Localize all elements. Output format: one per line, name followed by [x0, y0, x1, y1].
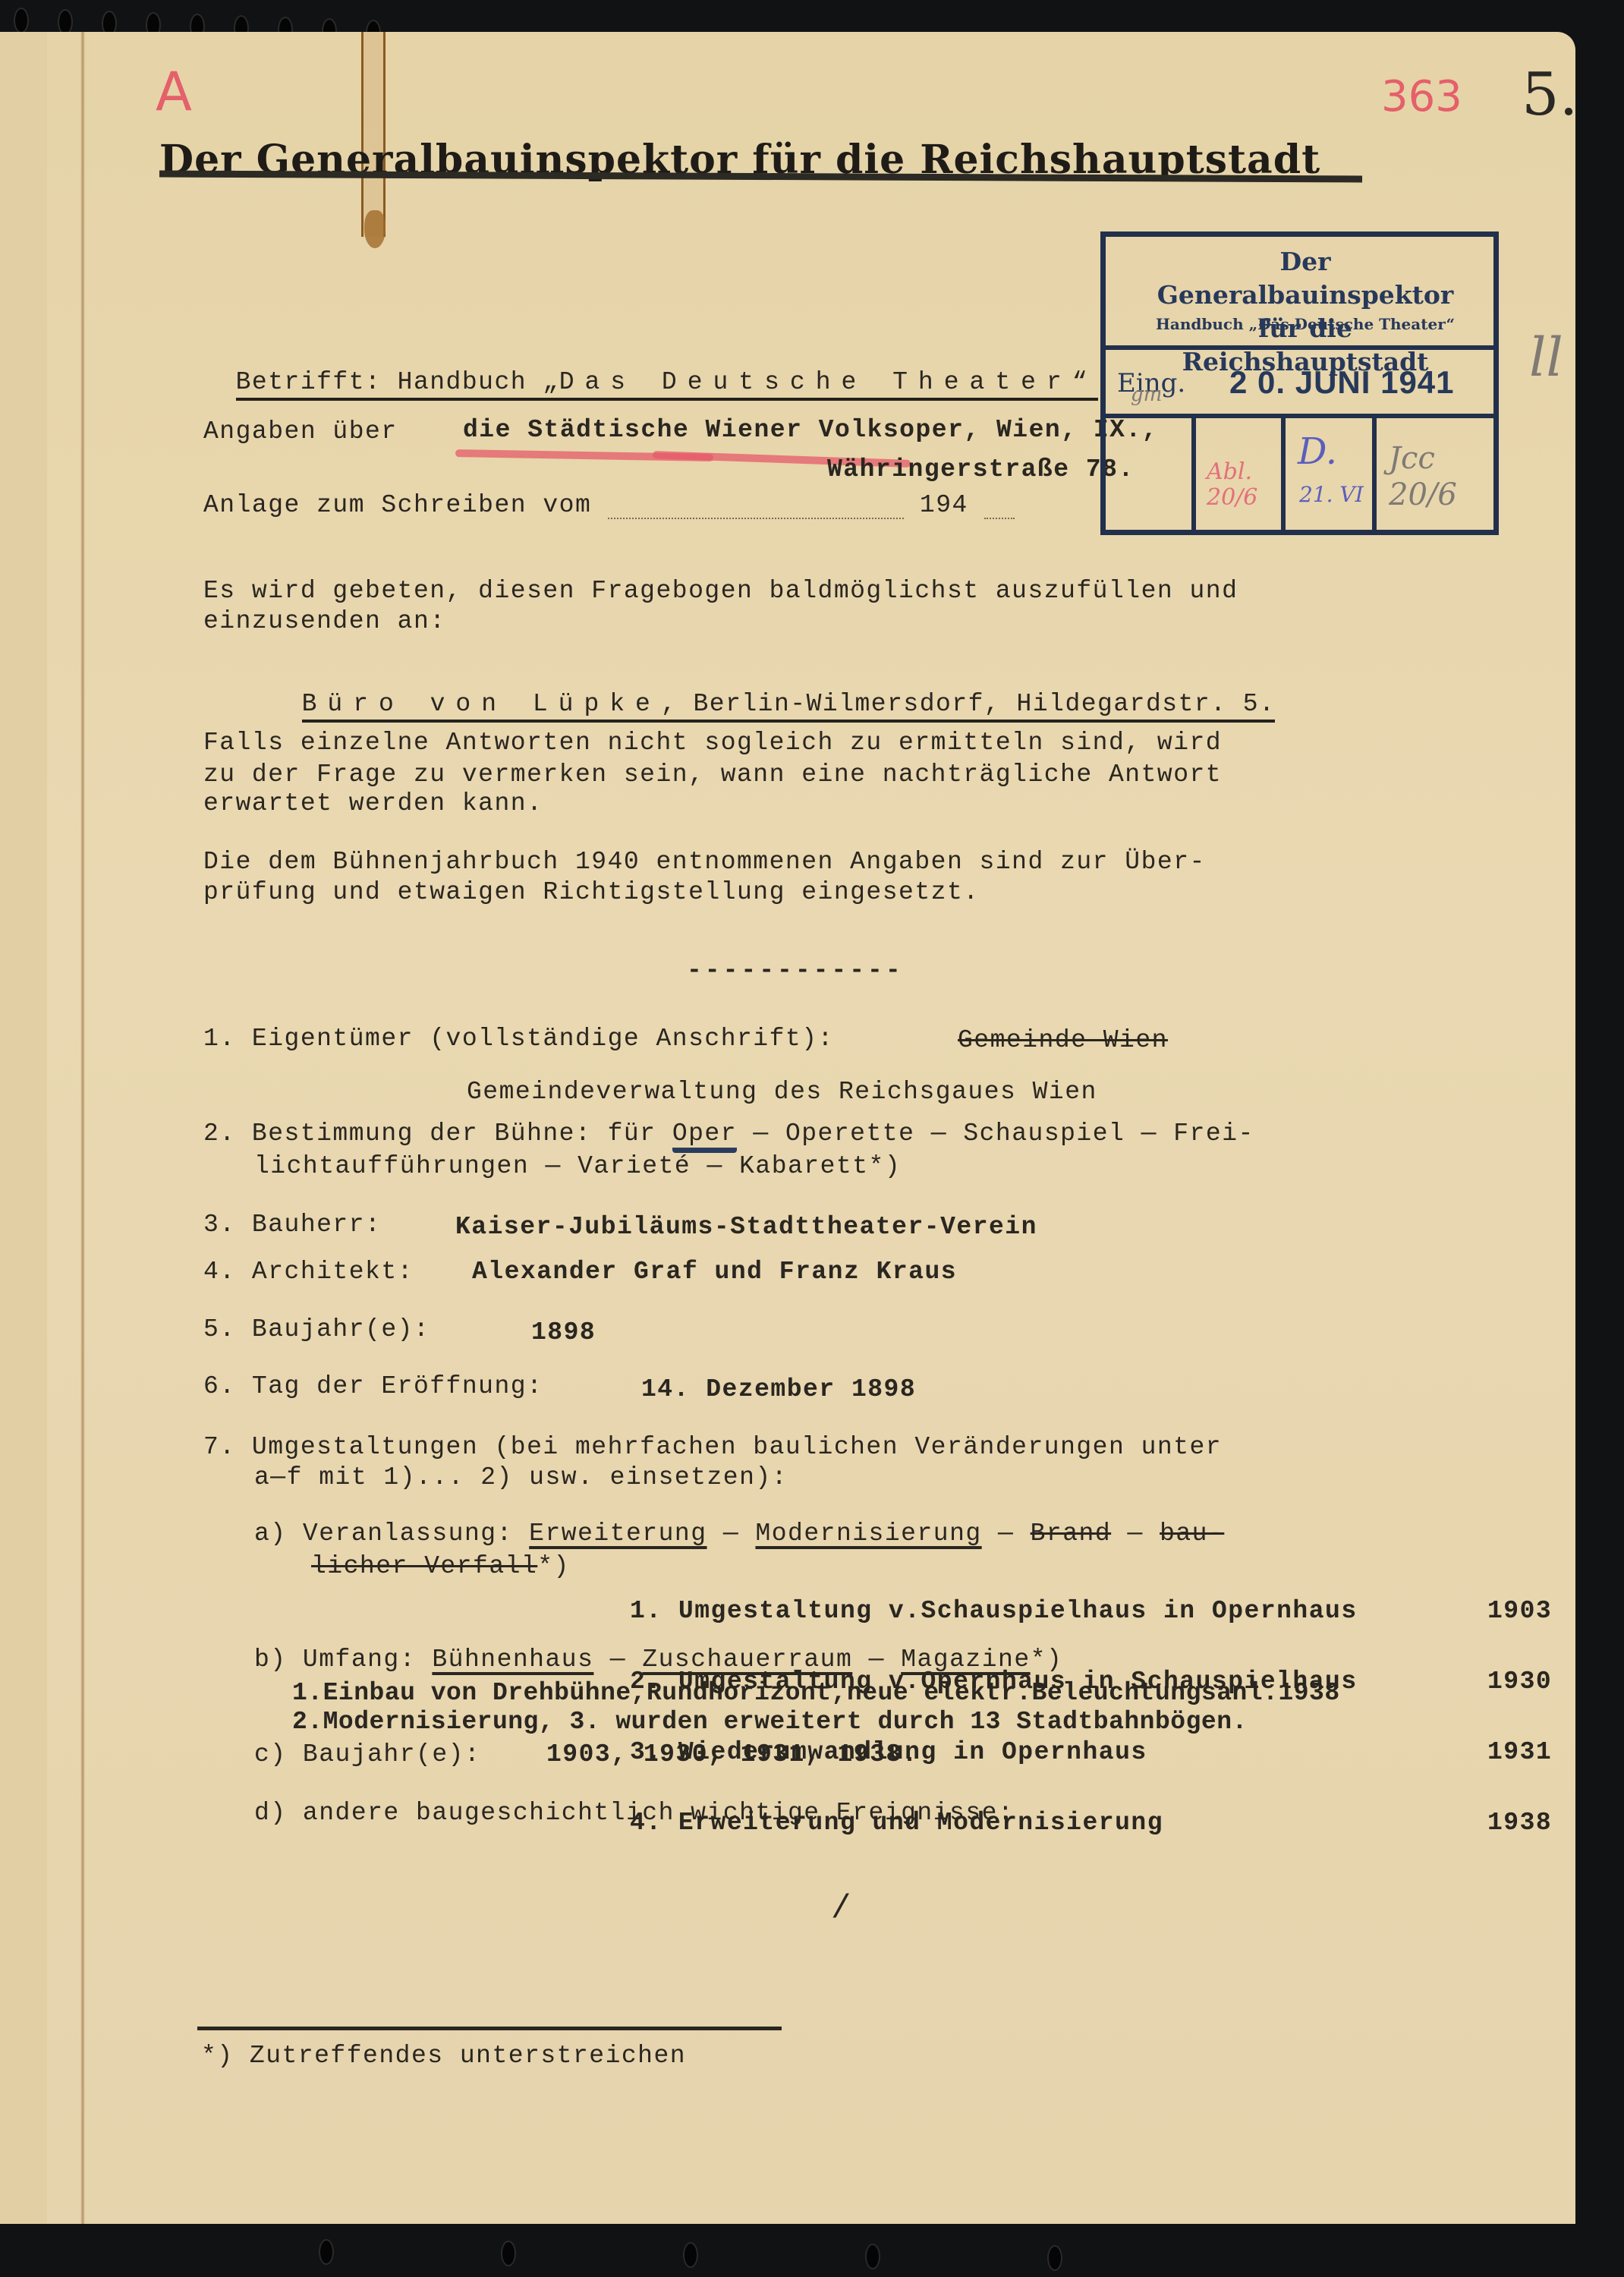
q7a-entry: 1. Umgestaltung v.Schauspielhaus in Oper… — [630, 1599, 1552, 1623]
q5-label: 5. Baujahr(e): — [203, 1315, 430, 1343]
q7a-option-modernisierung: Modernisierung — [755, 1520, 981, 1548]
q7b-option-magazine: Magazine — [901, 1646, 1030, 1674]
q7a-label: a) Veranlassung: — [254, 1520, 513, 1548]
stamp-cell1-pencil: Abl. 20/6 — [1207, 459, 1275, 511]
q3-value: Kaiser-Jubiläums-Stadttheater-Verein — [455, 1213, 1037, 1241]
q7b-option-buehnenhaus: Bühnenhaus — [432, 1646, 593, 1674]
q7a-option-erweiterung: Erweiterung — [529, 1520, 707, 1548]
q2-line2: lichtaufführungen — Varieté — Kabarett*) — [254, 1152, 901, 1180]
page-number: 5. — [1522, 61, 1578, 129]
red-letter-mark: A — [156, 61, 192, 123]
tape-stain — [364, 210, 386, 248]
q6-label: 6. Tag der Eröffnung: — [203, 1372, 543, 1400]
binder-hole — [683, 2242, 698, 2268]
q2-line1: 2. Bestimmung der Bühne: für Oper — Oper… — [203, 1120, 1254, 1148]
address-underlined: Büro von Lüpke, Berlin-Wilmersdorf, Hild… — [302, 690, 1276, 723]
q1-struck-value: Gemeinde Wien — [958, 1026, 1168, 1054]
q7b-label: b) Umfang: — [254, 1646, 416, 1674]
attachment-year: 194 — [920, 491, 968, 519]
attachment-label: Anlage zum Schreiben vom — [203, 491, 591, 519]
q7b-option-zuschauerraum: Zuschauerraum — [642, 1646, 852, 1674]
q7b-detail-line1: 1.Einbau von Drehbühne,Rundhorizont,neue… — [292, 1679, 1340, 1707]
attachment-year-field[interactable] — [984, 518, 1015, 519]
stamp-cell2-date: 21. VI — [1299, 482, 1364, 507]
q7d-value: / — [831, 1890, 852, 1928]
stamp-cell-divider — [1372, 417, 1377, 535]
q2-label: 2. Bestimmung der Bühne: für — [203, 1120, 656, 1148]
instruction-para3-line1: Die dem Bühnenjahrbuch 1940 entnommenen … — [203, 848, 1206, 876]
footnote-text: *) Zutreffendes unterstreichen — [201, 2042, 686, 2070]
q7a-footnote-mark: *) — [537, 1552, 570, 1580]
q2-option-frei: Frei- — [1173, 1120, 1254, 1148]
q7c-label: c) Baujahr(e): — [254, 1740, 480, 1768]
binder-hole — [501, 2241, 516, 2266]
instruction-para3-line2: prüfung und etwaigen Richtigstellung ein… — [203, 878, 980, 906]
binder-hole — [1047, 2245, 1062, 2271]
stamp-cell-divider — [1191, 417, 1196, 535]
subject-underlined: Betrifft: Handbuch „Das Deutsche Theater… — [236, 368, 1098, 401]
q1-label: 1. Eigentümer (vollständige Anschrift): — [203, 1025, 834, 1053]
q3-label: 3. Bauherr: — [203, 1211, 381, 1239]
stamp-divider — [1100, 414, 1499, 418]
q5-value: 1898 — [531, 1318, 596, 1346]
instruction-para2-line1: Falls einzelne Antworten nicht sogleich … — [203, 729, 1222, 757]
address-name: Büro von Lüpke — [302, 690, 661, 718]
send-to-address: Büro von Lüpke, Berlin-Wilmersdorf, Hild… — [269, 662, 1275, 718]
q7a-entry-year: 1930 — [1487, 1668, 1552, 1696]
q7a-entry-year: 1938 — [1487, 1809, 1552, 1837]
footnote-rule — [197, 2027, 782, 2030]
paper-fold — [80, 32, 85, 2224]
q2-option-schauspiel: Schauspiel — [963, 1120, 1125, 1148]
subject-label: Betrifft: Handbuch „ — [236, 368, 559, 396]
q7a-entry-year: 1903 — [1487, 1597, 1552, 1625]
q7a-line1: a) Veranlassung: Erweiterung — Modernisi… — [254, 1520, 1224, 1548]
stamp-cell2-initial: D. — [1298, 430, 1337, 473]
about-label: Angaben über — [203, 417, 398, 446]
stamp-divider — [1100, 345, 1499, 350]
stamp-subtitle: Handbuch „Das Deutsche Theater“ — [1146, 315, 1465, 333]
about-value-line1: die Städtische Wiener Volksoper, Wien, I… — [463, 416, 1158, 444]
section-divider: ------------ — [687, 956, 904, 984]
q7-label-line2: a—f mit 1)... 2) usw. einsetzen): — [254, 1463, 788, 1491]
binder-hole — [58, 9, 73, 35]
subject-line: Betrifft: Handbuch „Das Deutsche Theater… — [203, 340, 1098, 396]
grey-initial-mark: ll — [1529, 326, 1563, 389]
stamp-received-date: 2 0. JUNI 1941 — [1229, 364, 1455, 401]
folio-number: 363 — [1381, 72, 1462, 121]
stamp-title: Der Generalbauinspektorfür die Reichshau… — [1138, 245, 1472, 379]
tape-strip — [361, 32, 386, 237]
binder-hole — [14, 8, 29, 33]
q7-label-line1: 7. Umgestaltungen (bei mehrfachen baulic… — [203, 1433, 1222, 1461]
q7b-detail-line2: 2.Modernisierung, 3. wurden erweitert du… — [292, 1708, 1248, 1736]
q6-value: 14. Dezember 1898 — [641, 1375, 916, 1403]
subject-value: Das Deutsche Theater“ — [559, 368, 1098, 396]
q4-value: Alexander Graf und Franz Kraus — [472, 1258, 957, 1286]
q7a-entry-text: 1. Umgestaltung v.Schauspielhaus in Oper… — [630, 1599, 1487, 1623]
attachment-line: Anlage zum Schreiben vom 194 — [203, 491, 1015, 519]
q7a-option-verfall-part2: licher Verfall — [311, 1552, 537, 1580]
q7b-footnote-mark: *) — [1031, 1646, 1063, 1674]
receipt-stamp: Der Generalbauinspektorfür die Reichshau… — [1100, 231, 1499, 535]
q7a-option-brand: Brand — [1031, 1520, 1112, 1548]
about-value-line2: Währingerstraße 78. — [827, 455, 1135, 483]
stamp-over-mark: gm — [1131, 383, 1162, 406]
instruction-para1-line2: einzusenden an: — [203, 607, 446, 635]
q7b-line: b) Umfang: Bühnenhaus — Zuschauerraum — … — [254, 1646, 1062, 1674]
q2-option-oper: Oper — [672, 1120, 737, 1153]
q7a-entry-year: 1931 — [1487, 1738, 1552, 1766]
stamp-cell-divider — [1281, 417, 1286, 535]
q7d-label: d) andere baugeschichtlich wichtige Erei… — [254, 1799, 1014, 1827]
q2-option-operette: Operette — [785, 1120, 914, 1148]
q7a-line2: licher Verfall*) — [311, 1552, 570, 1580]
previous-page-edge — [0, 32, 49, 2224]
q7a-option-verfall-part1: bau- — [1160, 1520, 1224, 1548]
binder-hole — [319, 2239, 334, 2265]
address-rest: , Berlin-Wilmersdorf, Hildegardstr. 5. — [661, 690, 1276, 718]
q4-label: 4. Architekt: — [203, 1258, 414, 1286]
stamp-cell3-mark: Jcc 20/6 — [1389, 440, 1480, 513]
q1-value: Gemeindeverwaltung des Reichsgaues Wien — [467, 1078, 1097, 1106]
stamp-line1: Der Generalbauinspektor — [1138, 245, 1472, 312]
attachment-date-field[interactable] — [608, 518, 904, 519]
instruction-para2-line3: erwartet werden kann. — [203, 789, 543, 817]
instruction-para1-line1: Es wird gebeten, diesen Fragebogen baldm… — [203, 577, 1238, 605]
instruction-para2-line2: zu der Frage zu vermerken sein, wann ein… — [203, 761, 1222, 789]
q7c-value: 1903, 1930, 1931, 1938. — [546, 1740, 918, 1768]
binder-hole — [865, 2244, 880, 2269]
